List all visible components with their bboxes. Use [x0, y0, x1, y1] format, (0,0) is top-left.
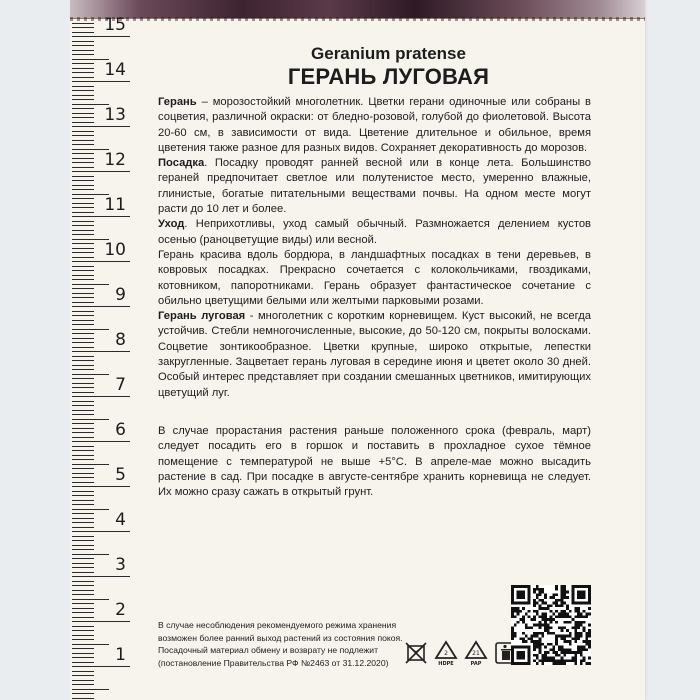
ruler-tick [72, 621, 130, 622]
ruler-tick [72, 387, 94, 388]
ruler-tick [72, 203, 94, 204]
svg-text:PAP: PAP [471, 661, 482, 666]
ruler-tick [72, 531, 130, 532]
ruler-tick [72, 257, 94, 258]
ruler-tick [72, 189, 94, 190]
ruler-tick [72, 644, 109, 645]
ruler-tick [72, 311, 94, 312]
description-paragraph: Герань красива вдоль бордюра, в ландшафт… [158, 248, 591, 309]
ruler-tick [72, 482, 94, 483]
ruler-tick [72, 378, 94, 379]
ruler-tick [72, 617, 94, 618]
ruler-tick [72, 158, 94, 159]
ruler-tick [72, 95, 94, 96]
ruler-tick [72, 365, 94, 366]
ruler-tick [72, 293, 94, 294]
ruler-tick [72, 72, 94, 73]
ruler-tick [72, 491, 94, 492]
footer-line: В случае несоблюдения рекомендуемого реж… [158, 619, 418, 632]
ruler-tick [72, 522, 94, 523]
ruler-tick [72, 140, 94, 141]
ruler-tick [72, 392, 94, 393]
description-paragraph: Герань луговая - многолетник с коротким … [158, 309, 591, 401]
ruler-tick [72, 270, 94, 271]
ruler-tick [72, 63, 94, 64]
description-paragraph: Герань – морозостойкий многолетник. Цвет… [158, 95, 591, 156]
ruler-tick [72, 486, 130, 487]
ruler-tick [72, 90, 94, 91]
ruler-tick [72, 131, 94, 132]
ruler-tick [72, 288, 94, 289]
ruler-tick [72, 369, 94, 370]
ruler-tick [72, 401, 94, 402]
ruler-tick [72, 86, 94, 87]
ruler-tick [72, 495, 94, 496]
ruler-tick [72, 630, 94, 631]
ruler-tick [72, 558, 94, 559]
ruler-tick [72, 171, 130, 172]
ruler-tick [72, 585, 94, 586]
ruler-tick [72, 477, 94, 478]
ruler-tick [72, 473, 94, 474]
ruler-tick [72, 243, 94, 244]
ruler-tick [72, 662, 94, 663]
ruler-tick [72, 626, 94, 627]
ruler-tick [72, 54, 94, 55]
ruler-tick [72, 540, 94, 541]
ruler-tick [72, 68, 94, 69]
footer-note: В случае несоблюдения рекомендуемого реж… [158, 619, 418, 669]
ruler-tick [72, 612, 94, 613]
ruler-tick [72, 185, 94, 186]
ruler-tick [72, 234, 94, 235]
ruler-tick [72, 671, 94, 672]
ruler-label: 4 [104, 512, 126, 529]
description: Герань – морозостойкий многолетник. Цвет… [158, 95, 591, 401]
ruler-tick [72, 464, 109, 465]
ruler-label: 5 [104, 467, 126, 484]
ruler-tick [72, 468, 94, 469]
ruler-tick [72, 302, 94, 303]
ruler-tick [72, 684, 94, 685]
ruler-tick [72, 347, 94, 348]
footer-line: возможен более ранний выход растений из … [158, 632, 418, 645]
svg-text:2: 2 [444, 650, 448, 657]
ruler-tick [72, 135, 94, 136]
no-cardboard-icon [404, 641, 428, 665]
footer-line: Посадочный материал обмену и возврату не… [158, 644, 418, 657]
ruler-tick [72, 306, 130, 307]
ruler-label: 9 [104, 287, 126, 304]
ruler-tick [72, 459, 94, 460]
ruler-tick [72, 455, 94, 456]
ruler-tick [72, 162, 94, 163]
ruler-tick [72, 441, 130, 442]
ruler-tick [72, 284, 109, 285]
recycle-pap-icon: 21PAP [464, 641, 488, 665]
ruler-tick [72, 689, 109, 690]
ruler-tick [72, 36, 130, 37]
ruler-tick [72, 545, 94, 546]
product-title: ГЕРАНЬ ЛУГОВАЯ [186, 64, 591, 90]
ruler-tick [72, 675, 94, 676]
ruler-label: 8 [104, 332, 126, 349]
ruler-tick [72, 338, 94, 339]
ruler-tick [72, 81, 130, 82]
ruler-tick [72, 216, 130, 217]
ruler-tick [72, 212, 94, 213]
ruler-tick [72, 504, 94, 505]
ruler-tick [72, 113, 94, 114]
ruler-tick [72, 324, 94, 325]
ruler-label: 3 [104, 557, 126, 574]
ruler-tick [72, 581, 94, 582]
ruler-tick [72, 225, 94, 226]
ruler-tick [72, 122, 94, 123]
ruler-tick [72, 405, 94, 406]
ruler-tick [72, 590, 94, 591]
ruler-tick [72, 414, 94, 415]
packet-text: Geranium pratense ГЕРАНЬ ЛУГОВАЯ Герань … [158, 44, 591, 500]
storage-note: В случае прорастания растения раньше пол… [158, 424, 591, 500]
ruler-tick [72, 27, 94, 28]
ruler-tick [72, 432, 94, 433]
ruler-tick [72, 374, 109, 375]
ruler-tick [72, 320, 94, 321]
ruler-tick [72, 410, 94, 411]
paragraph-lead: Посадка [158, 157, 204, 169]
ruler-tick [72, 248, 94, 249]
latin-name: Geranium pratense [186, 44, 591, 64]
ruler-tick [72, 329, 109, 330]
paragraph-lead: Уход [158, 218, 184, 230]
ruler-tick [72, 221, 94, 222]
ruler-tick [72, 509, 109, 510]
ruler-tick [72, 77, 94, 78]
ruler-tick [72, 180, 94, 181]
ruler-tick [72, 126, 130, 127]
ruler-tick [72, 207, 94, 208]
ruler-tick [72, 297, 94, 298]
ruler-tick [72, 513, 94, 514]
paragraph-lead: Герань луговая [158, 310, 245, 322]
paragraph-lead: Герань [158, 96, 197, 108]
ruler-tick [72, 437, 94, 438]
ruler-tick [72, 563, 94, 564]
ruler-tick [72, 117, 94, 118]
ruler-tick [72, 518, 94, 519]
ruler-tick [72, 419, 109, 420]
ruler-tick [72, 144, 94, 145]
ruler-label: 12 [104, 152, 126, 169]
ruler-tick [72, 657, 94, 658]
ruler-tick [72, 428, 94, 429]
recycle-hdpe-icon: 2HDPE [434, 641, 458, 665]
ruler-tick [72, 266, 94, 267]
ruler-tick [72, 567, 94, 568]
ruler-label: 14 [104, 62, 126, 79]
description-paragraph: Уход. Неприхотливы, уход самый обычный. … [158, 217, 591, 248]
ruler-tick [72, 230, 94, 231]
ruler-tick [72, 446, 94, 447]
ruler-tick [72, 360, 94, 361]
ruler-tick [72, 639, 94, 640]
ruler-label: 10 [104, 242, 126, 259]
ruler-tick [72, 99, 94, 100]
ruler-tick [72, 275, 94, 276]
ruler-tick [72, 351, 130, 352]
ruler-tick [72, 41, 94, 42]
ruler-tick [72, 108, 94, 109]
ruler-tick [72, 608, 94, 609]
ruler-tick [72, 383, 94, 384]
ruler-tick [72, 527, 94, 528]
ruler-tick [72, 594, 94, 595]
ruler-tick [72, 572, 94, 573]
ruler-tick [72, 576, 130, 577]
ruler-label: 13 [104, 107, 126, 124]
ruler-tick [72, 23, 94, 24]
ruler-label: 11 [104, 197, 126, 214]
ruler-tick [72, 356, 94, 357]
ruler-tick [72, 252, 94, 253]
ruler-tick [72, 603, 94, 604]
ruler-tick [72, 153, 94, 154]
ruler-tick [72, 599, 109, 600]
centimeter-ruler: 151413121110987654321 [70, 0, 130, 700]
description-paragraph: Посадка. Посадку проводят ранней весной … [158, 156, 591, 217]
svg-text:HDPE: HDPE [438, 661, 454, 666]
qr-code[interactable] [511, 585, 591, 665]
ruler-tick [72, 167, 94, 168]
ruler-label: 6 [104, 422, 126, 439]
ruler-tick [72, 396, 130, 397]
ruler-label: 7 [104, 377, 126, 394]
footer-line: (постановление Правительства РФ №2463 от… [158, 657, 418, 670]
packet-photo-strip [70, 0, 645, 19]
ruler-label: 2 [104, 602, 126, 619]
ruler-tick [72, 549, 94, 550]
svg-text:21: 21 [472, 650, 480, 657]
ruler-tick [72, 635, 94, 636]
ruler-tick [72, 653, 94, 654]
ruler-tick [72, 315, 94, 316]
ruler-tick [72, 333, 94, 334]
ruler-tick [72, 500, 94, 501]
ruler-tick [72, 32, 94, 33]
ruler-tick [72, 693, 94, 694]
ruler-tick [72, 50, 94, 51]
ruler-tick [72, 198, 94, 199]
ruler-tick [72, 648, 94, 649]
ruler-tick [72, 279, 94, 280]
ruler-tick [72, 536, 94, 537]
ruler-label: 15 [104, 17, 126, 34]
ruler-tick [72, 176, 94, 177]
ruler-tick [72, 680, 94, 681]
ruler-tick [72, 423, 94, 424]
ruler-tick [72, 698, 94, 699]
ruler-tick [72, 342, 94, 343]
ruler-tick [72, 261, 130, 262]
ruler-label: 1 [104, 647, 126, 664]
recycling-icons: 2HDPE 21PAP [404, 638, 518, 668]
ruler-tick [72, 666, 130, 667]
ruler-tick [72, 450, 94, 451]
ruler-tick [72, 45, 94, 46]
ruler-tick [72, 554, 109, 555]
